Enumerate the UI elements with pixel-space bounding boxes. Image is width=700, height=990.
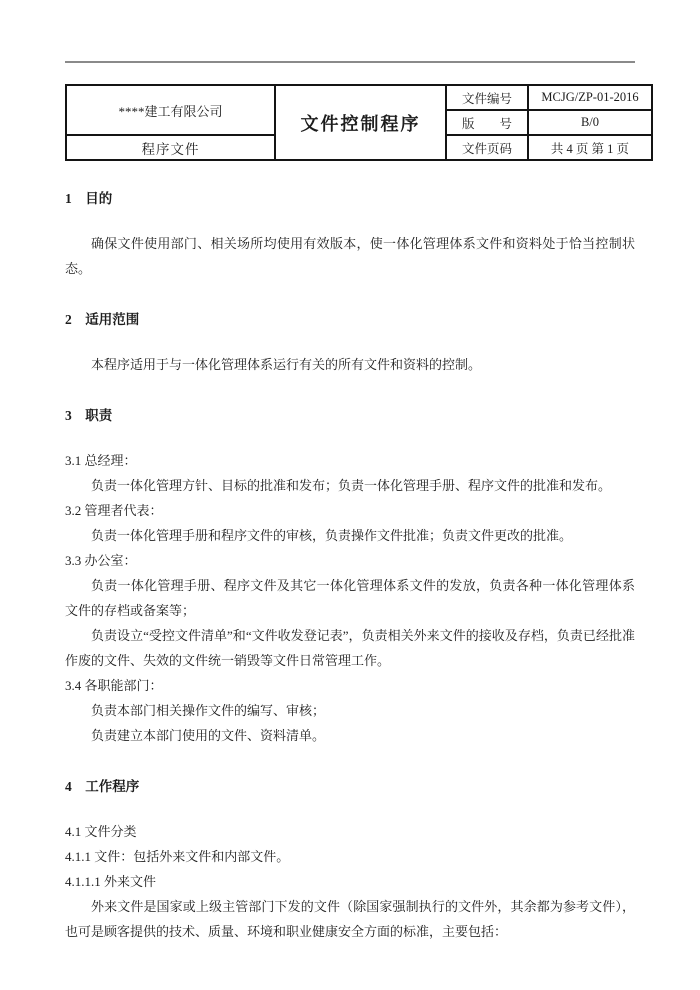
doc-category: 程序文件 (66, 135, 275, 160)
section-heading: 1 目的 (65, 190, 635, 208)
doc-paragraph: 3.2 管理者代表： (65, 498, 635, 523)
version-value: B/0 (528, 110, 652, 135)
doc-paragraph: 外来文件是国家或上级主管部门下发的文件（除国家强制执行的文件外，其余都为参考文件… (65, 894, 635, 944)
doc-paragraph: 负责设立“受控文件清单”和“文件收发登记表”，负责相关外来文件的接收及存档，负责… (65, 623, 635, 673)
doc-paragraph: 4.1.1.1 外来文件 (65, 869, 635, 894)
doc-paragraph: 3.1 总经理： (65, 448, 635, 473)
page-count-label: 文件页码 (446, 135, 528, 160)
section-heading: 3 职责 (65, 407, 635, 425)
section-heading: 4 工作程序 (65, 778, 635, 796)
doc-paragraph: 4.1 文件分类 (65, 819, 635, 844)
doc-paragraph: 4.1.1 文件：包括外来文件和内部文件。 (65, 844, 635, 869)
section-heading: 2 适用范围 (65, 311, 635, 329)
doc-paragraph: 3.4 各职能部门： (65, 673, 635, 698)
document-body: 1 目的确保文件使用部门、相关场所均使用有效版本，使一体化管理体系文件和资料处于… (65, 160, 635, 944)
doc-paragraph: 3.3 办公室： (65, 548, 635, 573)
version-label: 版 号 (446, 110, 528, 135)
doc-number-label: 文件编号 (446, 85, 528, 110)
doc-paragraph: 负责建立本部门使用的文件、资料清单。 (65, 723, 635, 748)
doc-paragraph: 负责一体化管理方针、目标的批准和发布；负责一体化管理手册、程序文件的批准和发布。 (65, 473, 635, 498)
document-page: ****建工有限公司 文件控制程序 文件编号 MCJG/ZP-01-2016 版… (0, 0, 700, 990)
company-name: ****建工有限公司 (66, 85, 275, 135)
doc-paragraph: 负责一体化管理手册、程序文件及其它一体化管理体系文件的发放，负责各种一体化管理体… (65, 573, 635, 623)
page-top-rule (65, 61, 635, 63)
document-header-table: ****建工有限公司 文件控制程序 文件编号 MCJG/ZP-01-2016 版… (65, 84, 653, 161)
doc-paragraph: 本程序适用于与一体化管理体系运行有关的所有文件和资料的控制。 (65, 352, 635, 377)
document-title: 文件控制程序 (275, 85, 446, 160)
page-count-value: 共 4 页 第 1 页 (528, 135, 652, 160)
doc-paragraph: 确保文件使用部门、相关场所均使用有效版本，使一体化管理体系文件和资料处于恰当控制… (65, 231, 635, 281)
doc-number-value: MCJG/ZP-01-2016 (528, 85, 652, 110)
doc-paragraph: 负责一体化管理手册和程序文件的审核，负责操作文件批准；负责文件更改的批准。 (65, 523, 635, 548)
doc-paragraph: 负责本部门相关操作文件的编写、审核； (65, 698, 635, 723)
